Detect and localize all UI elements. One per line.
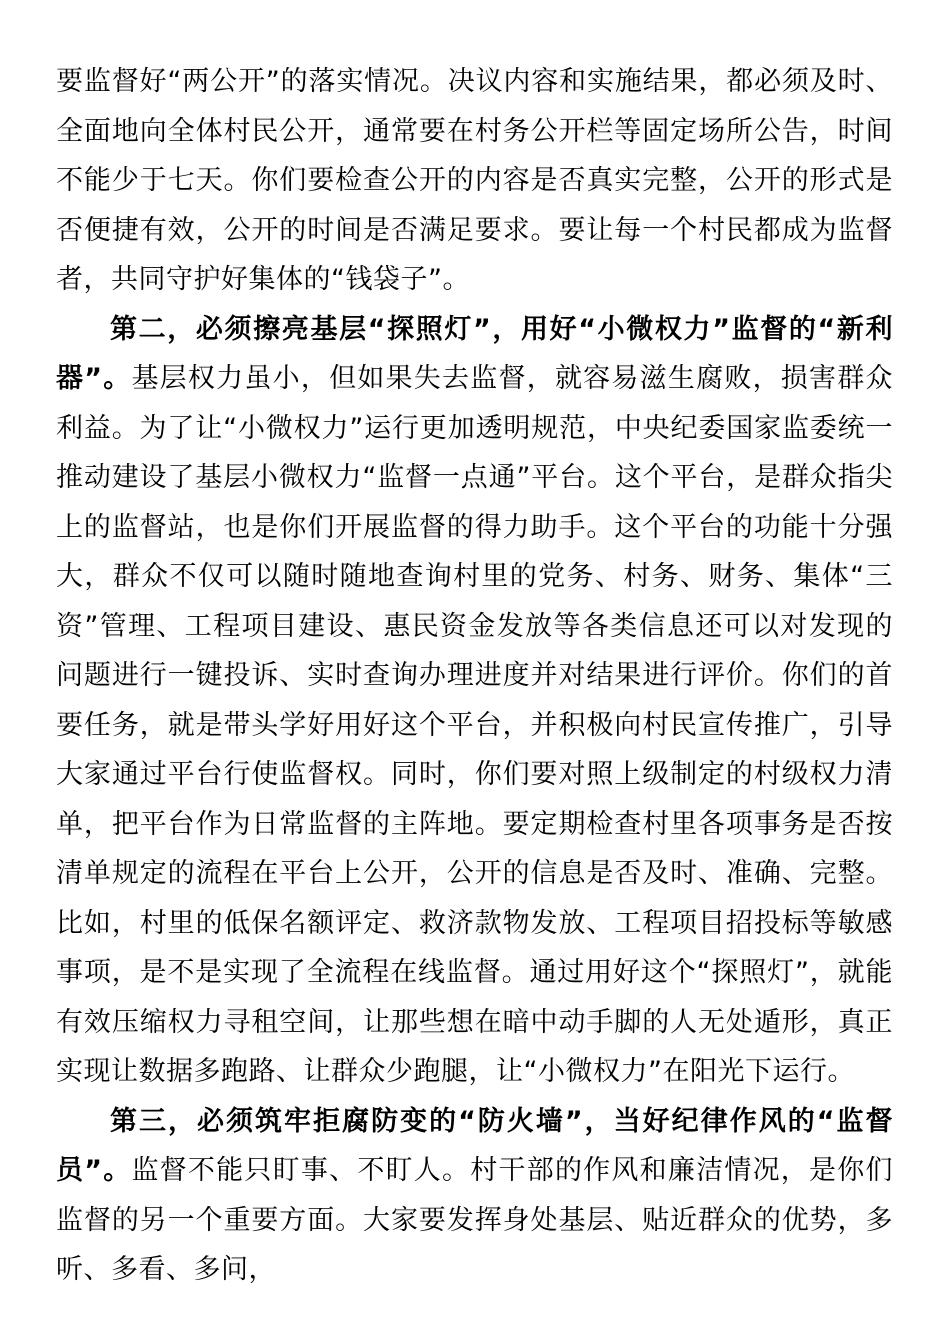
text-run: 基层权力虽小，但如果失去监督，就容易滋生腐败，损害群众利益。为了让“小微权力”运…: [56, 363, 893, 1087]
text-run: 监督不能只盯事、不盯人。村干部的作风和廉洁情况，是你们监督的另一个重要方面。大家…: [56, 1155, 893, 1285]
document-body: 要监督好“两公开”的落实情况。决议内容和实施结果，都必须及时、全面地向全体村民公…: [56, 57, 893, 1295]
document-page: 要监督好“两公开”的落实情况。决议内容和实施结果，都必须及时、全面地向全体村民公…: [0, 0, 950, 1344]
paragraph-2: 第二，必须擦亮基层“探照灯”，用好“小微权力”监督的“新利器”。基层权力虽小，但…: [56, 305, 893, 1097]
paragraph-1: 要监督好“两公开”的落实情况。决议内容和实施结果，都必须及时、全面地向全体村民公…: [56, 57, 893, 305]
paragraph-3: 第三，必须筑牢拒腐防变的“防火墙”，当好纪律作风的“监督员”。监督不能只盯事、不…: [56, 1097, 893, 1295]
text-run: 要监督好“两公开”的落实情况。决议内容和实施结果，都必须及时、全面地向全体村民公…: [56, 66, 893, 295]
